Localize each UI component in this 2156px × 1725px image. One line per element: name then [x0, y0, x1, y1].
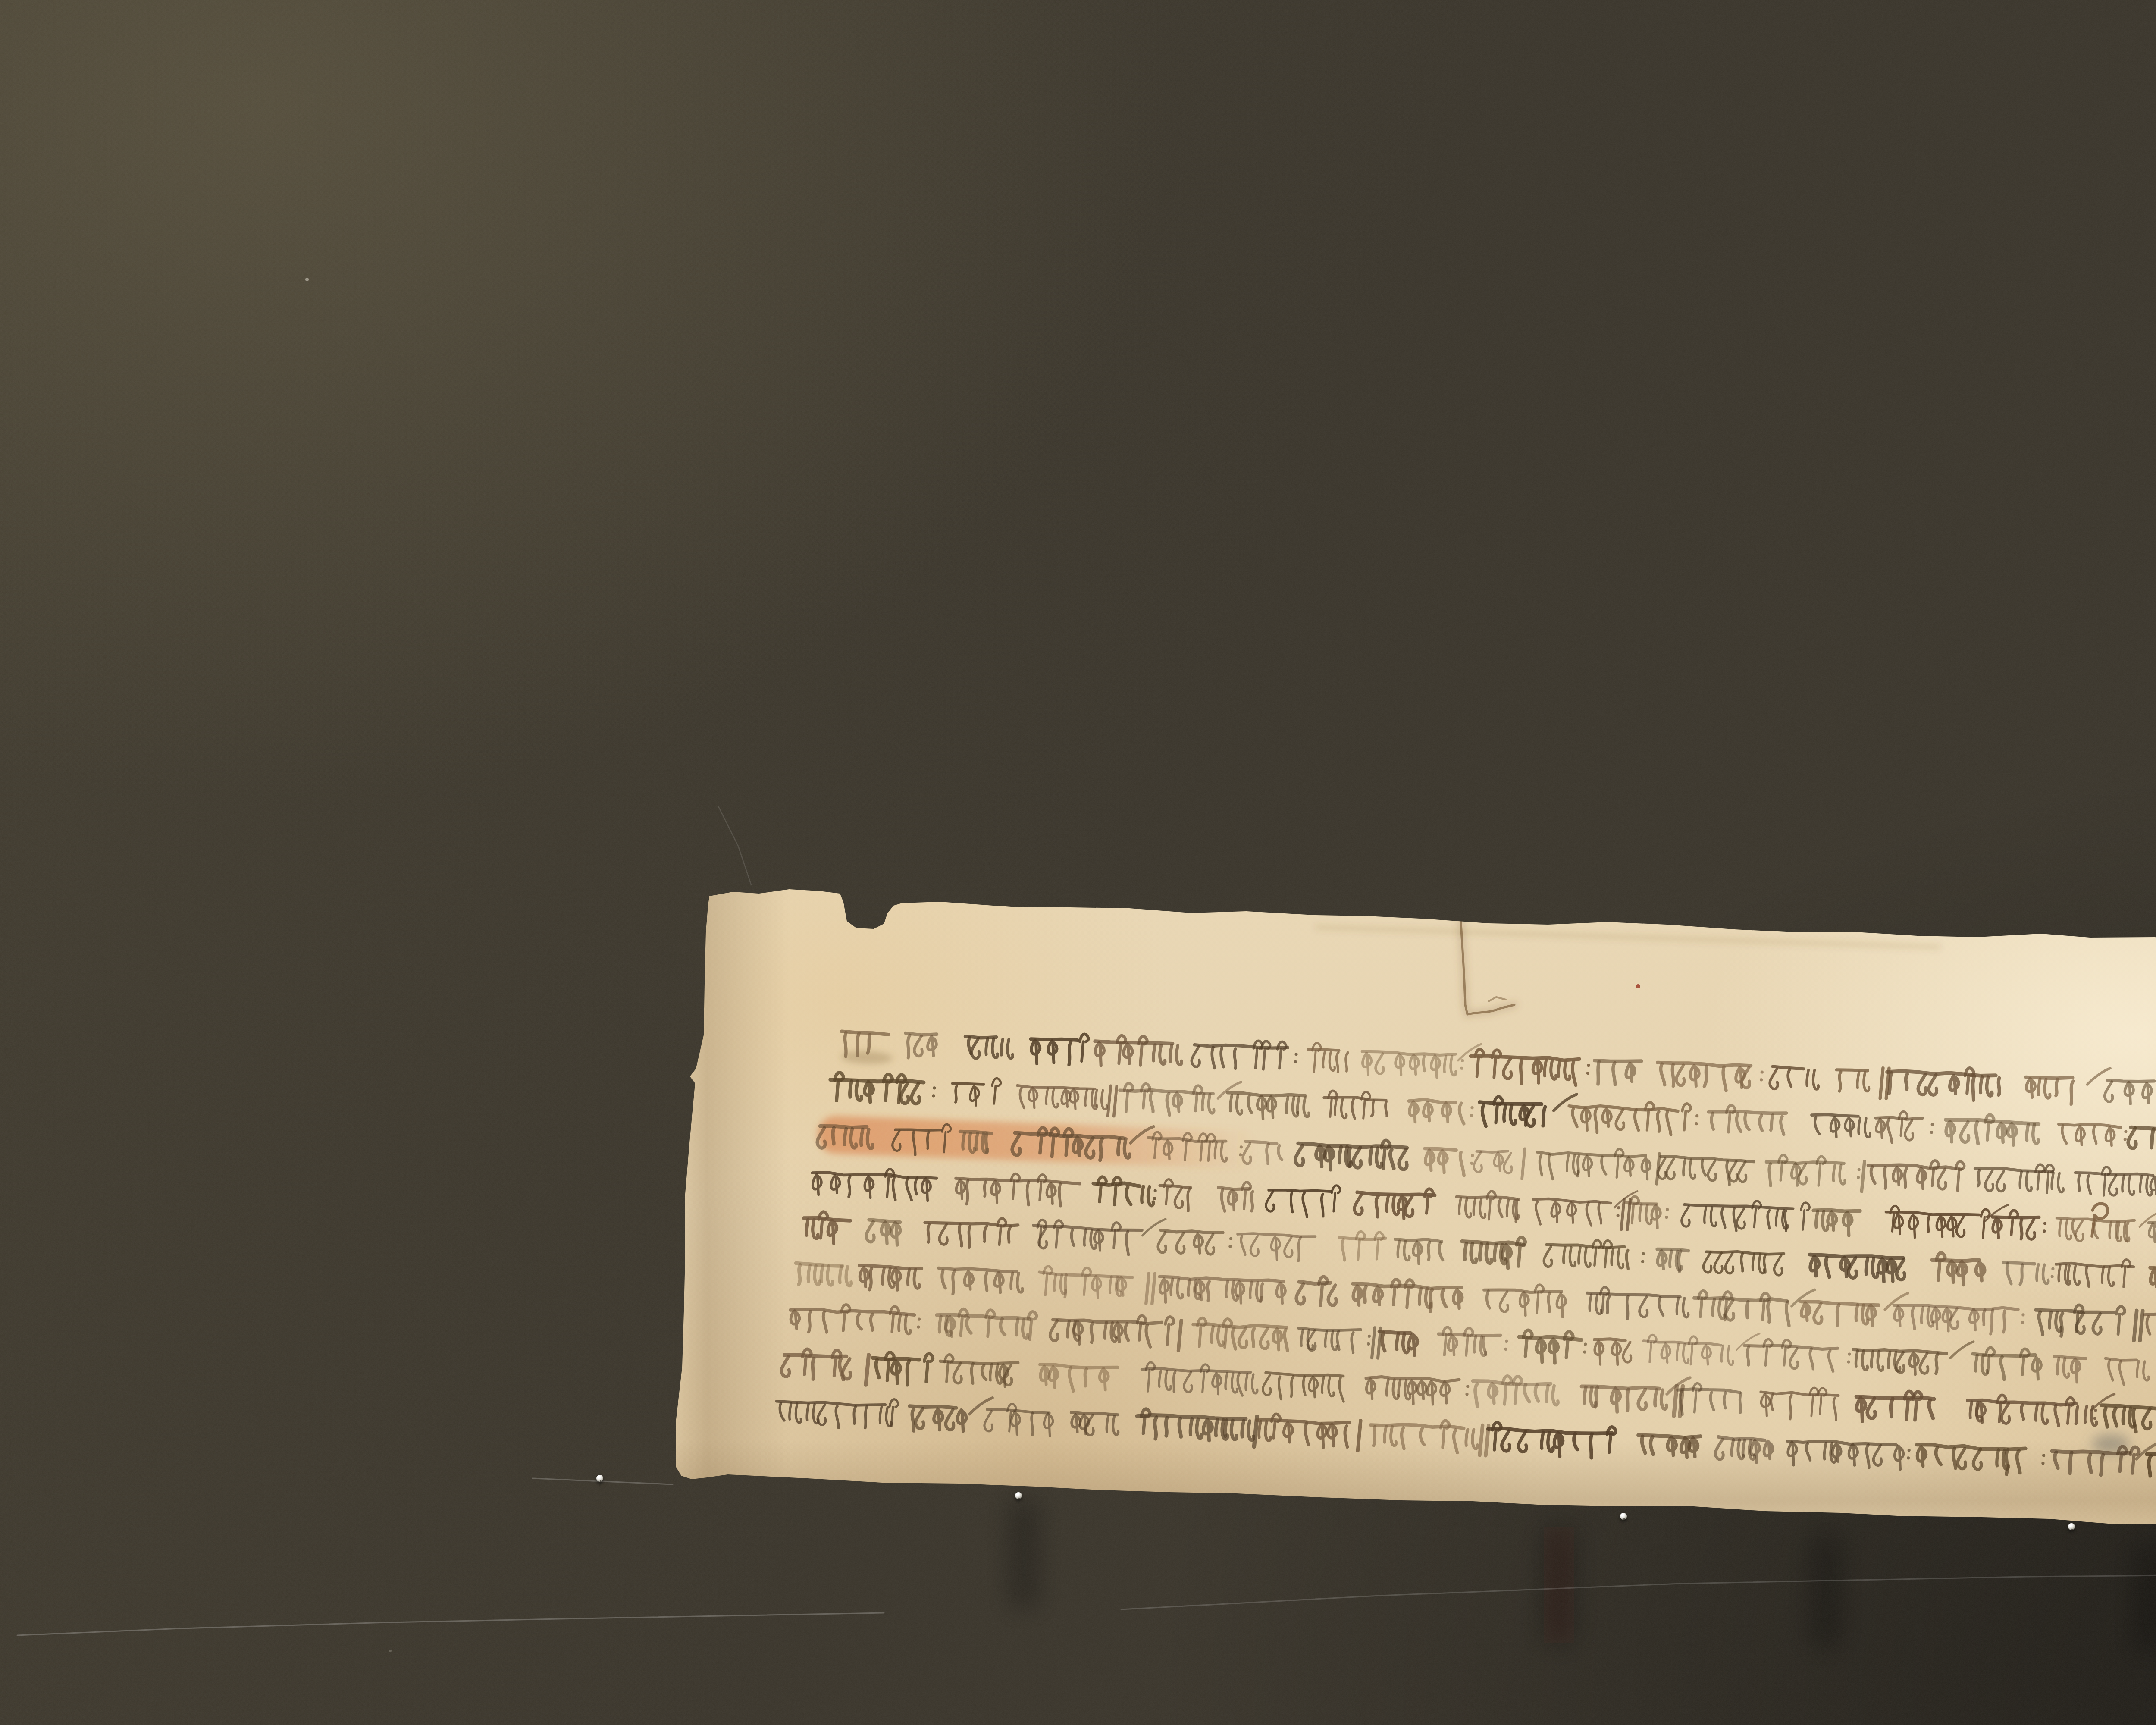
- manuscript-line: [781, 1343, 2156, 1437]
- scratch-line: [1121, 1573, 2156, 1609]
- fold-shadows: [1009, 1501, 2156, 1652]
- push-pin-1: [596, 1475, 603, 1482]
- ink-crack-stain: [1460, 908, 1514, 1014]
- push-pin-2: [1015, 1492, 1022, 1499]
- push-pin-4: [2068, 1523, 2075, 1530]
- manuscript-line: [776, 1389, 2156, 1484]
- push-pin-3: [1620, 1513, 1627, 1520]
- manuscript-photo: ই ডুভুতানাত্মাঃ ষণ্ডদশাহুতী র্হুত্বা প্র…: [0, 0, 2156, 1725]
- manuscript-line: [812, 1161, 2156, 1253]
- scratch-line: [718, 806, 751, 885]
- scratch-line: [17, 1613, 884, 1635]
